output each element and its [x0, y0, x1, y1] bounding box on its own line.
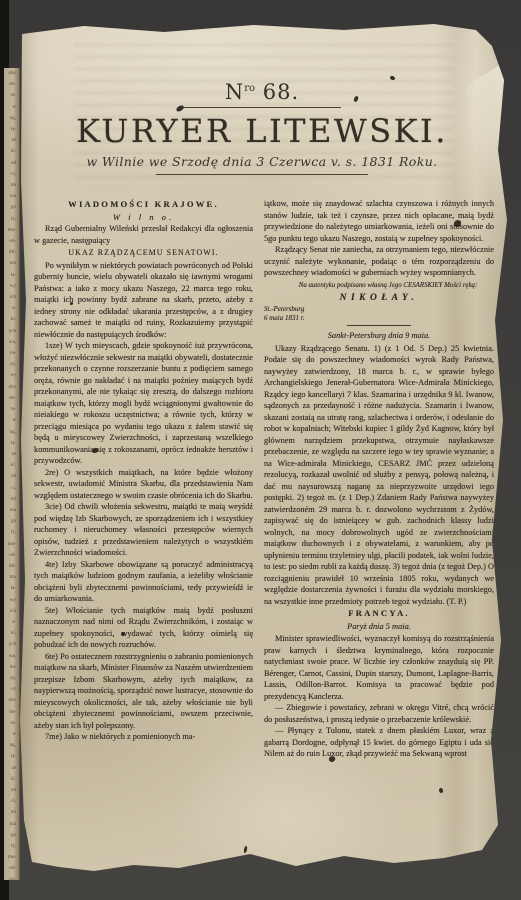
paragraph: Ukazy Rządzącego Senatu. 1) (z 1 Od. 5 D… [264, 343, 494, 608]
scan-viewport: { "colors": { "paper": "#cfc5ab", "ink":… [0, 0, 521, 900]
paragraph: 7me) Jako w niektórych z pomienionych ma… [34, 731, 253, 743]
masthead: Nro 68. KURYER LITEWSKI. w Wilnie we Srz… [32, 20, 492, 175]
paragraph: 6te) Po ostatecznem rozstrzygnieniu o za… [34, 651, 253, 732]
ukaz-heading: UKAZ RZĄDZĄCEMU SENATOWI. [34, 247, 253, 259]
article-columns: WIADOMOŚCI KRAJOWE.W i l n o.Rząd Gubern… [34, 198, 494, 860]
masthead-dateline: w Wilnie we Srzodę dnia 3 Czerwca v. s. … [32, 154, 492, 169]
issue-superscript: ro [244, 83, 255, 94]
signature-nikolay: NIKOŁAY. [264, 293, 494, 305]
newspaper-title: KURYER LITEWSKI. [32, 112, 492, 150]
previous-page-edge: oby do- ra- w ng, ią- że ść. od ci, mi n… [4, 68, 20, 880]
place-dateline: St.-Petersburg 6 maia 1831 r. [264, 305, 494, 322]
issue-number: Nro 68. [32, 80, 492, 104]
paragraph: — Płynący z Tulonu, statek z dnem płaski… [264, 725, 494, 760]
signature-attestation: Na autentyku podpisano własną Jego CESAR… [264, 281, 494, 290]
dateline-wilno: W i l n o. [34, 212, 253, 224]
paragraph: 1sze) W tych mieyscach, gdzie spokoyność… [34, 340, 253, 467]
right-column: iątkow, może się znaydować szlachta czyn… [264, 198, 494, 860]
paragraph: 4te) Izby Skarbowe obowiązane są poruczy… [34, 559, 253, 605]
newspaper-page: Nro 68. KURYER LITEWSKI. w Wilnie we Srz… [14, 20, 510, 886]
paragraph: 2re) O wszystkich maiątkach, na które bę… [34, 467, 253, 502]
masthead-rule-bottom [156, 174, 368, 175]
paragraph: — Zbiegowie i powstańcy, zebrani w okręg… [264, 702, 494, 725]
paragraph: Minister sprawiedliwości, wyznaczył komi… [264, 633, 494, 702]
paragraph: Rząd Gubernialny Wileński przesłał Redak… [34, 223, 253, 246]
section-heading-wiadomosci: WIADOMOŚCI KRAJOWE. [34, 199, 253, 211]
masthead-rule-top [183, 107, 341, 108]
paragraph: Po wynikłym w niektórych powiatach powró… [34, 260, 253, 341]
paragraph: 3cie) Od chwili włożenia sekwestru, maią… [34, 501, 253, 559]
paragraph: 5te) Włościanie tych maiątków maią bydź … [34, 605, 253, 651]
dateline-petersburg: Sankt-Petersburg dnia 9 maia. [264, 330, 494, 342]
dateline-paryz: Paryż dnia 5 maia. [264, 621, 494, 633]
divider-rule [347, 325, 411, 326]
section-heading-francya: FRANCYA. [264, 608, 494, 620]
paragraph: Rządzący Senat nie zaniecha, za otrzyman… [264, 244, 494, 279]
left-column: WIADOMOŚCI KRAJOWE.W i l n o.Rząd Gubern… [34, 198, 253, 860]
